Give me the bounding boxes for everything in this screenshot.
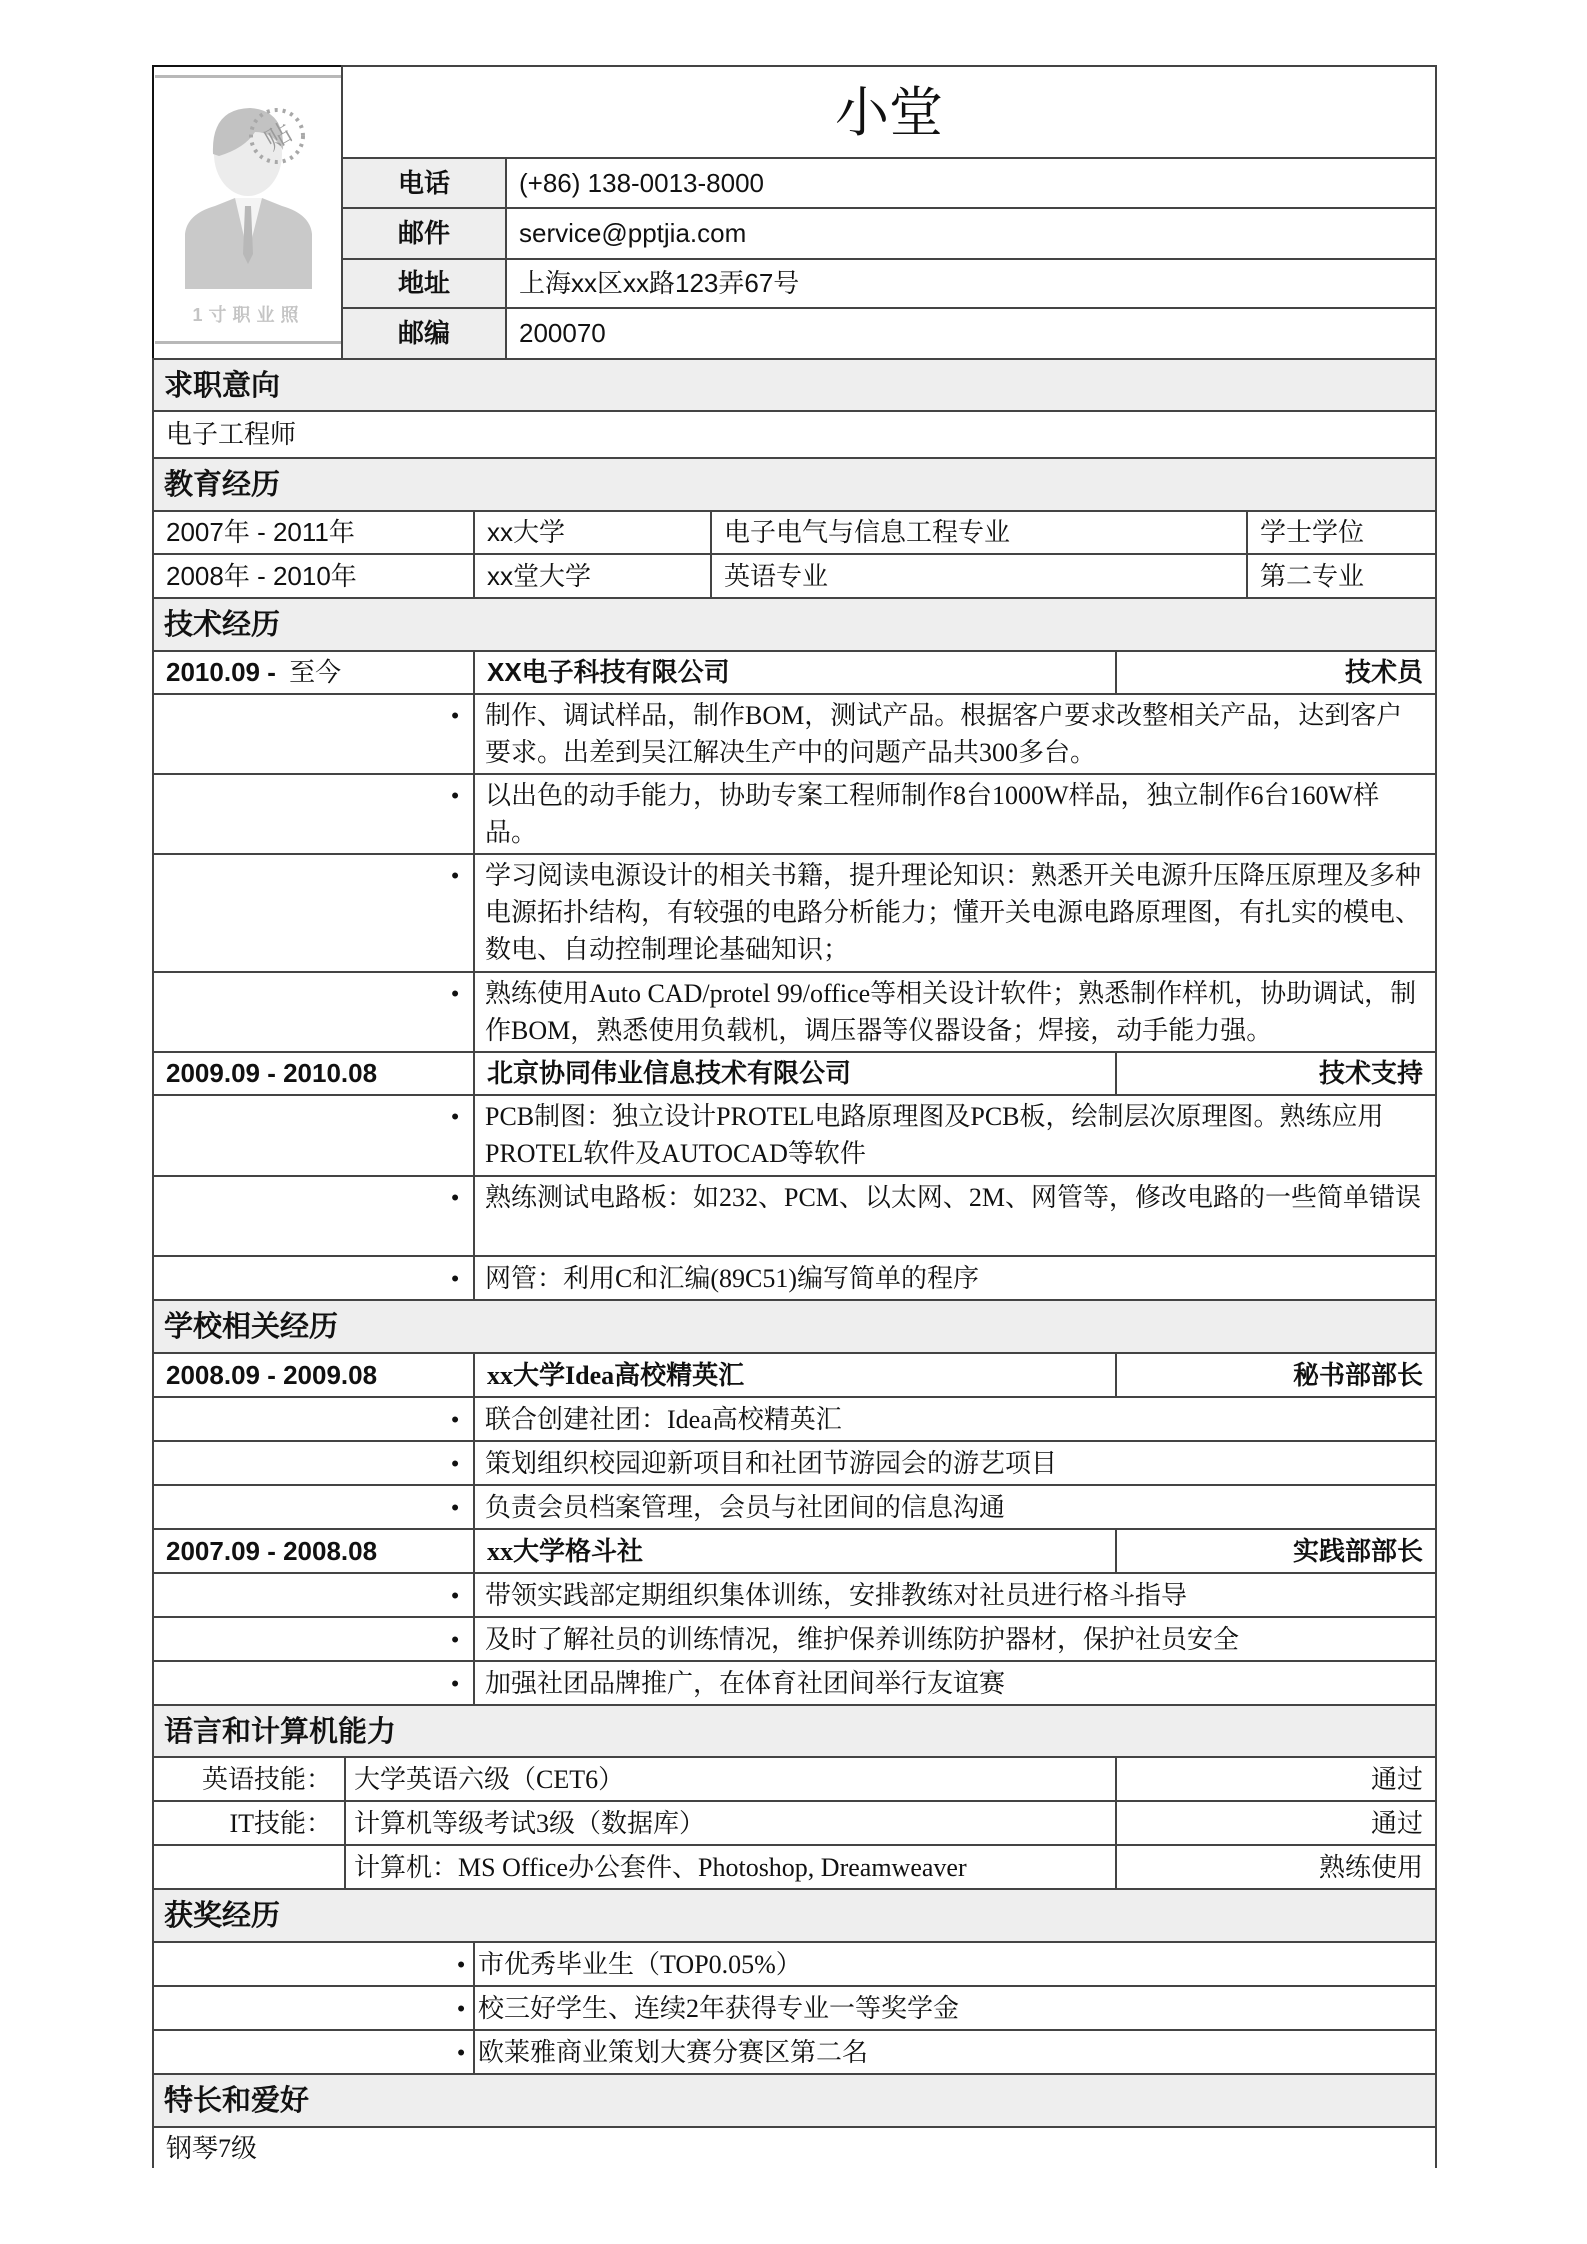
edu-school: xx大学 (473, 510, 712, 555)
job-item: 制作、调试样品，制作BOM，测试产品。根据客户要求改整相关产品，达到客户要求。出… (473, 693, 1437, 775)
bullet-icon: • (152, 773, 475, 855)
bullet-icon: • (152, 853, 475, 973)
bullet-icon: • (152, 1941, 475, 1987)
postcode-value: 200070 (505, 307, 1437, 360)
school-item: 带领实践部定期组织集体训练，安排教练对社员进行格斗指导 (473, 1572, 1437, 1618)
award-item: 市优秀毕业生（TOP0.05%） (473, 1941, 1437, 1987)
school-item: 策划组织校园迎新项目和社团节游园会的游艺项目 (473, 1440, 1437, 1486)
skill-level: 通过 (1115, 1756, 1437, 1802)
edu-period: 2008年 - 2010年 (152, 553, 475, 599)
edu-school: xx堂大学 (473, 553, 712, 599)
contact-label-address: 地址 (341, 258, 507, 309)
bullet-icon: • (152, 1396, 475, 1442)
bullet-icon: • (152, 1660, 475, 1706)
school-item: 及时了解社员的训练情况，维护保养训练防护器材，保护社员安全 (473, 1616, 1437, 1662)
skill-detail: 计算机等级考试3级（数据库） (344, 1800, 1117, 1846)
bullet-icon: • (152, 1255, 475, 1301)
job-item: PCB制图：独立设计PROTEL电路原理图及PCB板，绘制层次原理图。熟练应用P… (473, 1094, 1437, 1177)
job-item: 熟练测试电路板：如232、PCM、以太网、2M、网管等，修改电路的一些简单错误 (473, 1175, 1437, 1257)
email-value: service@pptjia.com (505, 207, 1437, 260)
skill-detail: 计算机：MS Office办公套件、Photoshop, Dreamweaver (344, 1844, 1117, 1890)
bullet-icon: • (152, 1572, 475, 1618)
hobbies-value: 钢琴7级 (152, 2126, 1437, 2168)
bullet-icon: • (152, 1175, 475, 1257)
job-role: 技术员 (1115, 650, 1437, 695)
objective-value: 电子工程师 (152, 410, 1437, 459)
bullet-icon: • (152, 1985, 475, 2031)
contact-label-email: 邮件 (341, 207, 507, 260)
section-hobbies: 特长和爱好 (152, 2073, 1437, 2128)
job-role: 技术支持 (1115, 1051, 1437, 1096)
school-item: 加强社团品牌推广，在体育社团间举行友谊赛 (473, 1660, 1437, 1706)
edu-major: 电子电气与信息工程专业 (710, 510, 1248, 555)
job-company: XX电子科技有限公司 (473, 650, 1117, 695)
edu-degree: 学士学位 (1246, 510, 1437, 555)
bullet-icon: • (152, 2029, 475, 2075)
phone-value: (+86) 138-0013-8000 (505, 157, 1437, 209)
school-period: 2007.09 - 2008.08 (152, 1528, 475, 1574)
bullet-icon: • (152, 971, 475, 1053)
photo-caption: 1寸职业照 (155, 301, 342, 327)
job-item: 网管：利用C和汇编(89C51)编写简单的程序 (473, 1255, 1437, 1301)
skill-label: IT技能： (152, 1800, 346, 1846)
job-company: 北京协同伟业信息技术有限公司 (473, 1051, 1117, 1096)
job-period: 2009.09 - 2010.08 (152, 1051, 475, 1096)
skill-label: 英语技能： (152, 1756, 346, 1802)
contact-label-postcode: 邮编 (341, 307, 507, 360)
edu-major: 英语专业 (710, 553, 1248, 599)
skill-level: 熟练使用 (1115, 1844, 1437, 1890)
skill-label (152, 1844, 346, 1890)
bullet-icon: • (152, 1094, 475, 1177)
school-item: 负责会员档案管理，会员与社团间的信息沟通 (473, 1484, 1437, 1530)
bullet-icon: • (152, 1440, 475, 1486)
school-period: 2008.09 - 2009.08 (152, 1352, 475, 1398)
section-education: 教育经历 (152, 457, 1437, 512)
address-value: 上海xx区xx路123弄67号 (505, 258, 1437, 309)
edu-degree: 第二专业 (1246, 553, 1437, 599)
photo-frame: 贴 1寸职业照 (155, 75, 342, 344)
section-awards: 获奖经历 (152, 1888, 1437, 1943)
name-title: 小堂 (341, 65, 1437, 159)
job-item: 学习阅读电源设计的相关书籍，提升理论知识：熟悉开关电源升压降压原理及多种电源拓扑… (473, 853, 1437, 973)
job-item: 熟练使用Auto CAD/protel 99/office等相关设计软件；熟悉制… (473, 971, 1437, 1053)
job-item: 以出色的动手能力，协助专案工程师制作8台1000W样品，独立制作6台160W样品… (473, 773, 1437, 855)
award-item: 欧莱雅商业策划大赛分赛区第二名 (473, 2029, 1437, 2075)
photo-placeholder: 贴 1寸职业照 (152, 65, 343, 360)
section-skills: 语言和计算机能力 (152, 1704, 1437, 1758)
job-period-end: 至今 (289, 654, 341, 691)
school-role: 实践部部长 (1115, 1528, 1437, 1574)
skill-level: 通过 (1115, 1800, 1437, 1846)
avatar-silhouette-icon: 贴 (155, 84, 342, 304)
job-period: 2010.09 - 至今 (152, 650, 475, 695)
school-org: xx大学Idea高校精英汇 (473, 1352, 1117, 1398)
section-objective: 求职意向 (152, 358, 1437, 412)
bullet-icon: • (152, 693, 475, 775)
edu-period: 2007年 - 2011年 (152, 510, 475, 555)
bullet-icon: • (152, 1484, 475, 1530)
school-role: 秘书部部长 (1115, 1352, 1437, 1398)
section-tech-experience: 技术经历 (152, 597, 1437, 652)
job-period-start: 2010.09 - (166, 654, 283, 691)
school-org: xx大学格斗社 (473, 1528, 1117, 1574)
section-school-experience: 学校相关经历 (152, 1299, 1437, 1354)
school-item: 联合创建社团：Idea高校精英汇 (473, 1396, 1437, 1442)
skill-detail: 大学英语六级（CET6） (344, 1756, 1117, 1802)
award-item: 校三好学生、连续2年获得专业一等奖学金 (473, 1985, 1437, 2031)
contact-label-phone: 电话 (341, 157, 507, 209)
bullet-icon: • (152, 1616, 475, 1662)
